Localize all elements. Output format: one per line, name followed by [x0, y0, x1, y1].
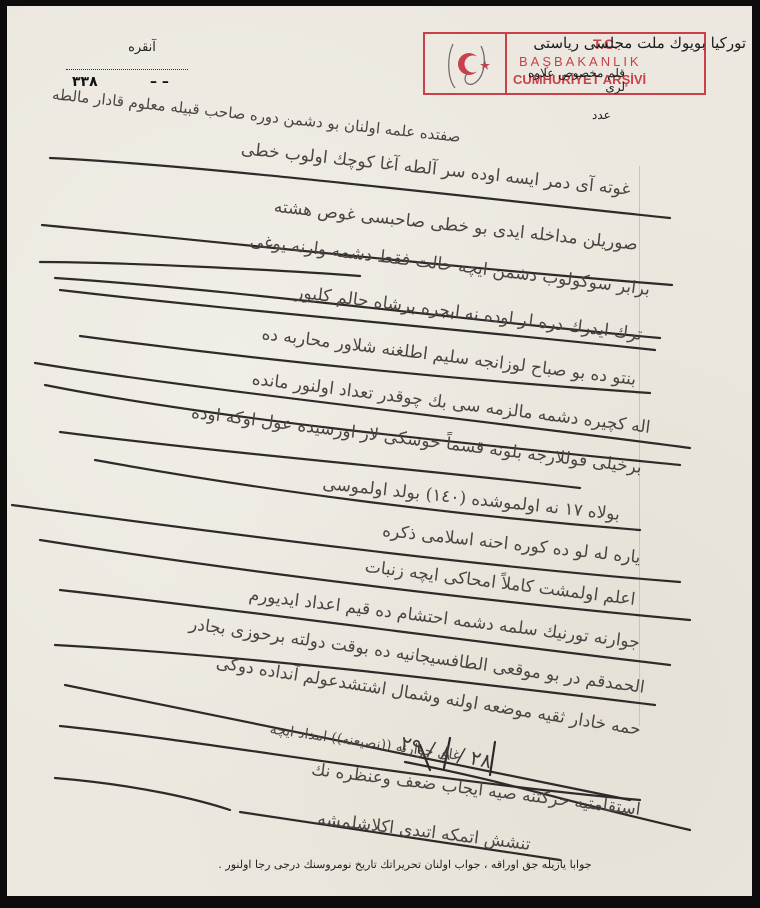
printed-footer-note: جوابا يازيله جق اوراقه ، جواب اولنان تحر…	[200, 858, 610, 871]
